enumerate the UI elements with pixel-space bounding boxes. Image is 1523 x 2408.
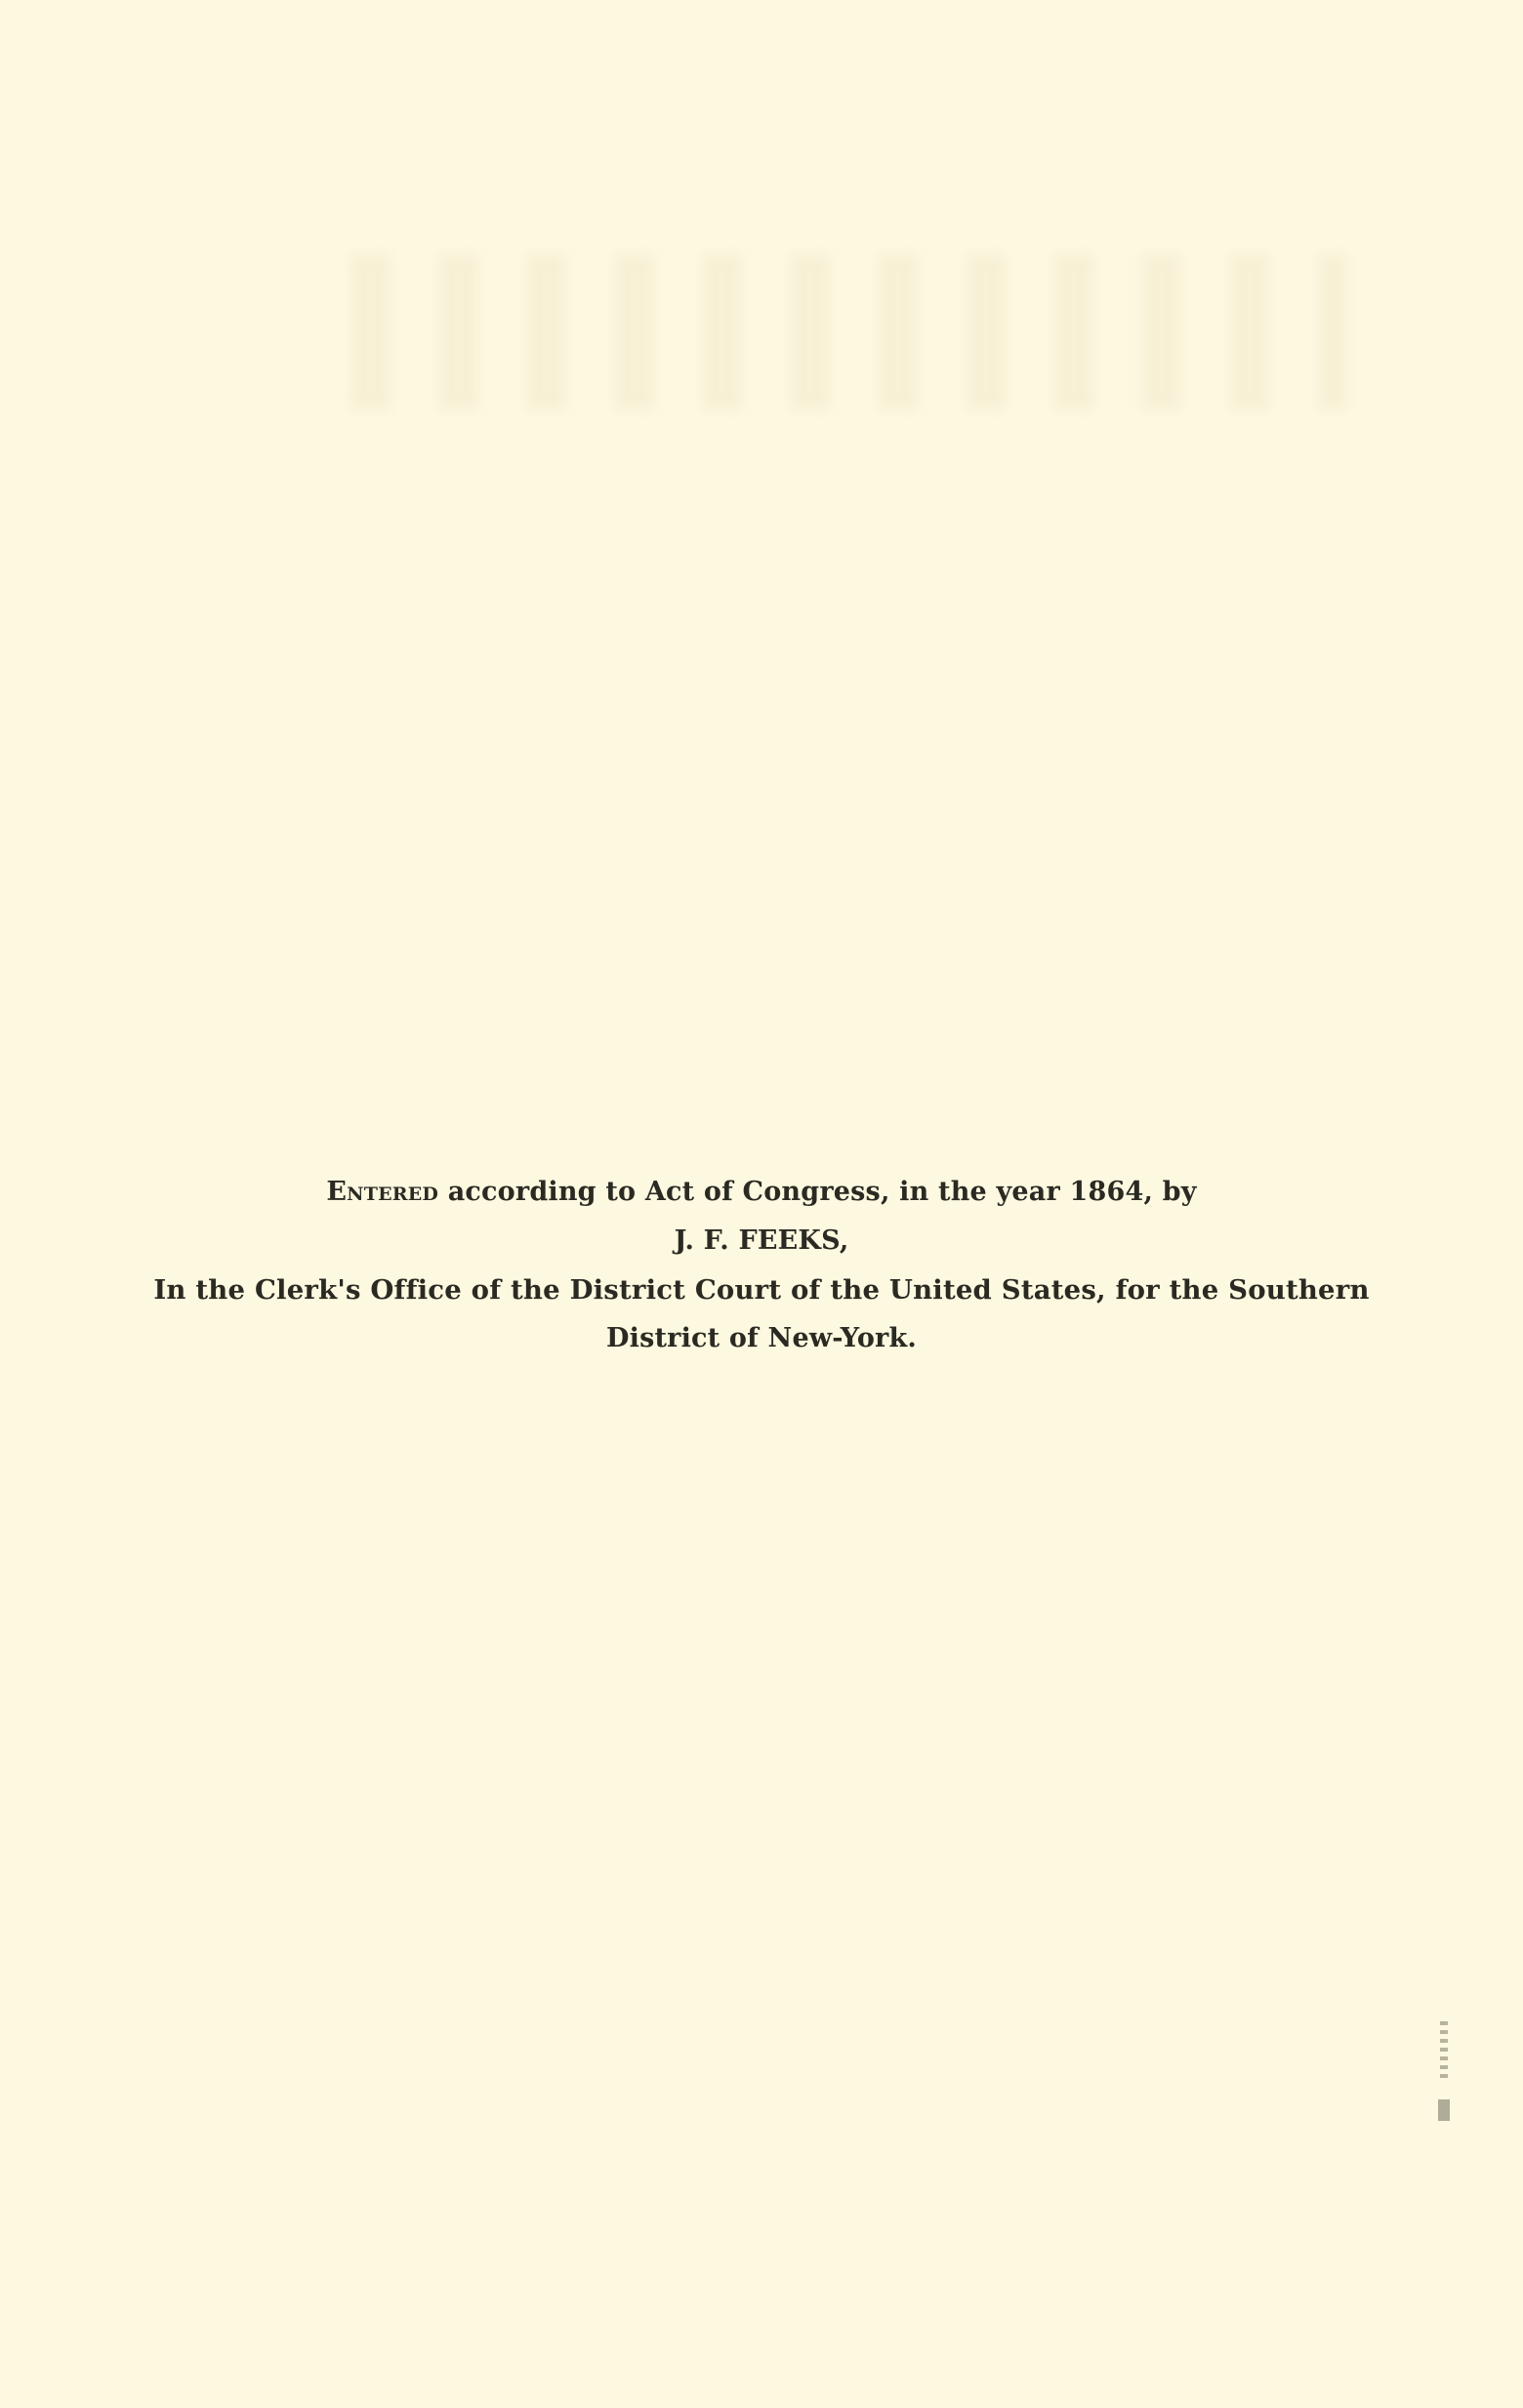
copyright-notice: Entered according to Act of Congress, in… [0,1168,1523,1363]
margin-stamp-mark [1438,2099,1450,2121]
notice-line-1: Entered according to Act of Congress, in… [0,1168,1523,1217]
notice-line-4: District of New-York. [0,1314,1523,1363]
margin-stamp-mark [1440,2021,1448,2080]
notice-entered: Entered [326,1177,438,1207]
notice-line-2: J. F. FEEKS, [0,1217,1523,1266]
notice-line-3: In the Clerk's Office of the District Co… [0,1266,1523,1314]
page-showthrough [351,254,1347,410]
notice-line-1-text: according to Act of Congress, in the yea… [438,1177,1197,1207]
